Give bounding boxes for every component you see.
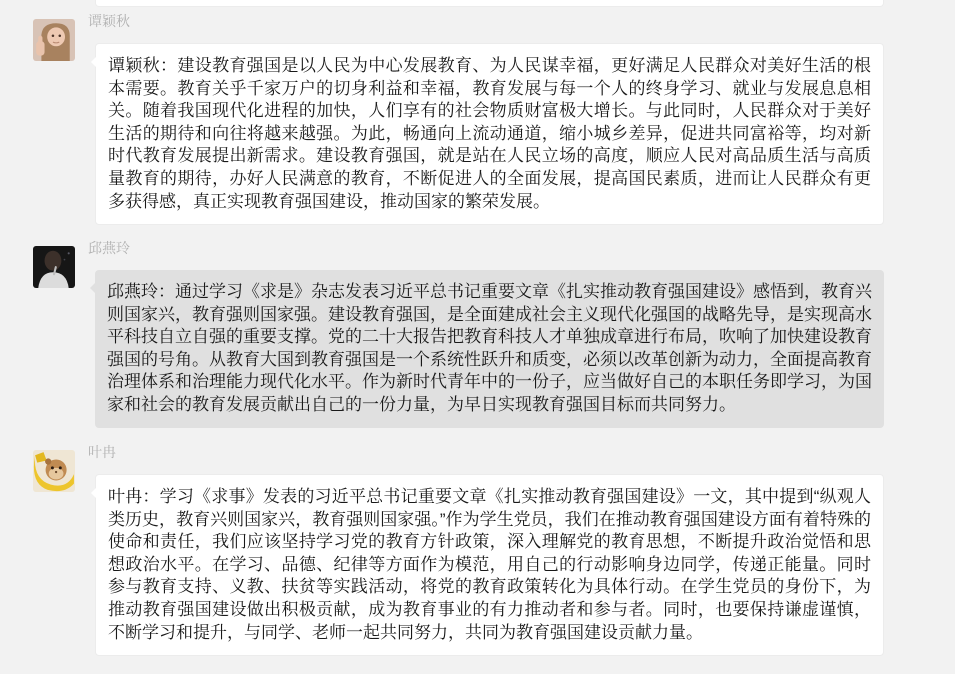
message-author: 叶冉 — [88, 444, 116, 460]
hamster-in-banana-avatar-icon — [33, 450, 75, 492]
person-dark-photo-avatar-icon — [33, 246, 75, 288]
avatar-girl-photo[interactable] — [33, 19, 75, 61]
message-bubble[interactable]: 邱燕玲：通过学习《求是》杂志发表习近平总书记重要文章《扎实推动教育强国建设》感悟… — [95, 270, 884, 428]
message-bubble[interactable]: 谭颖秋：建设教育强国是以人民为中心发展教育、为人民谋幸福，更好满足人民群众对美好… — [95, 43, 884, 225]
avatar-dark-photo[interactable] — [33, 246, 75, 288]
message-text: 叶冉：学习《求事》发表的习近平总书记重要文章《扎实推动教育强国建设》一文，其中提… — [108, 486, 871, 644]
message-text: 邱燕玲：通过学习《求是》杂志发表习近平总书记重要文章《扎实推动教育强国建设》感悟… — [107, 281, 872, 417]
girl-thumbs-up-avatar-icon — [33, 19, 75, 61]
message-author: 邱燕玲 — [88, 240, 130, 256]
chat-window: { "colors": { "page_bg": "#f2f2f2", "bub… — [0, 0, 955, 674]
avatar-hamster-banana-photo[interactable] — [33, 450, 75, 492]
message-bubble[interactable]: 叶冉：学习《求事》发表的习近平总书记重要文章《扎实推动教育强国建设》一文，其中提… — [95, 474, 884, 656]
previous-message-bubble-partial — [95, 0, 884, 7]
message-author: 谭颖秋 — [88, 13, 130, 29]
message-text: 谭颖秋：建设教育强国是以人民为中心发展教育、为人民谋幸福，更好满足人民群众对美好… — [108, 55, 871, 213]
